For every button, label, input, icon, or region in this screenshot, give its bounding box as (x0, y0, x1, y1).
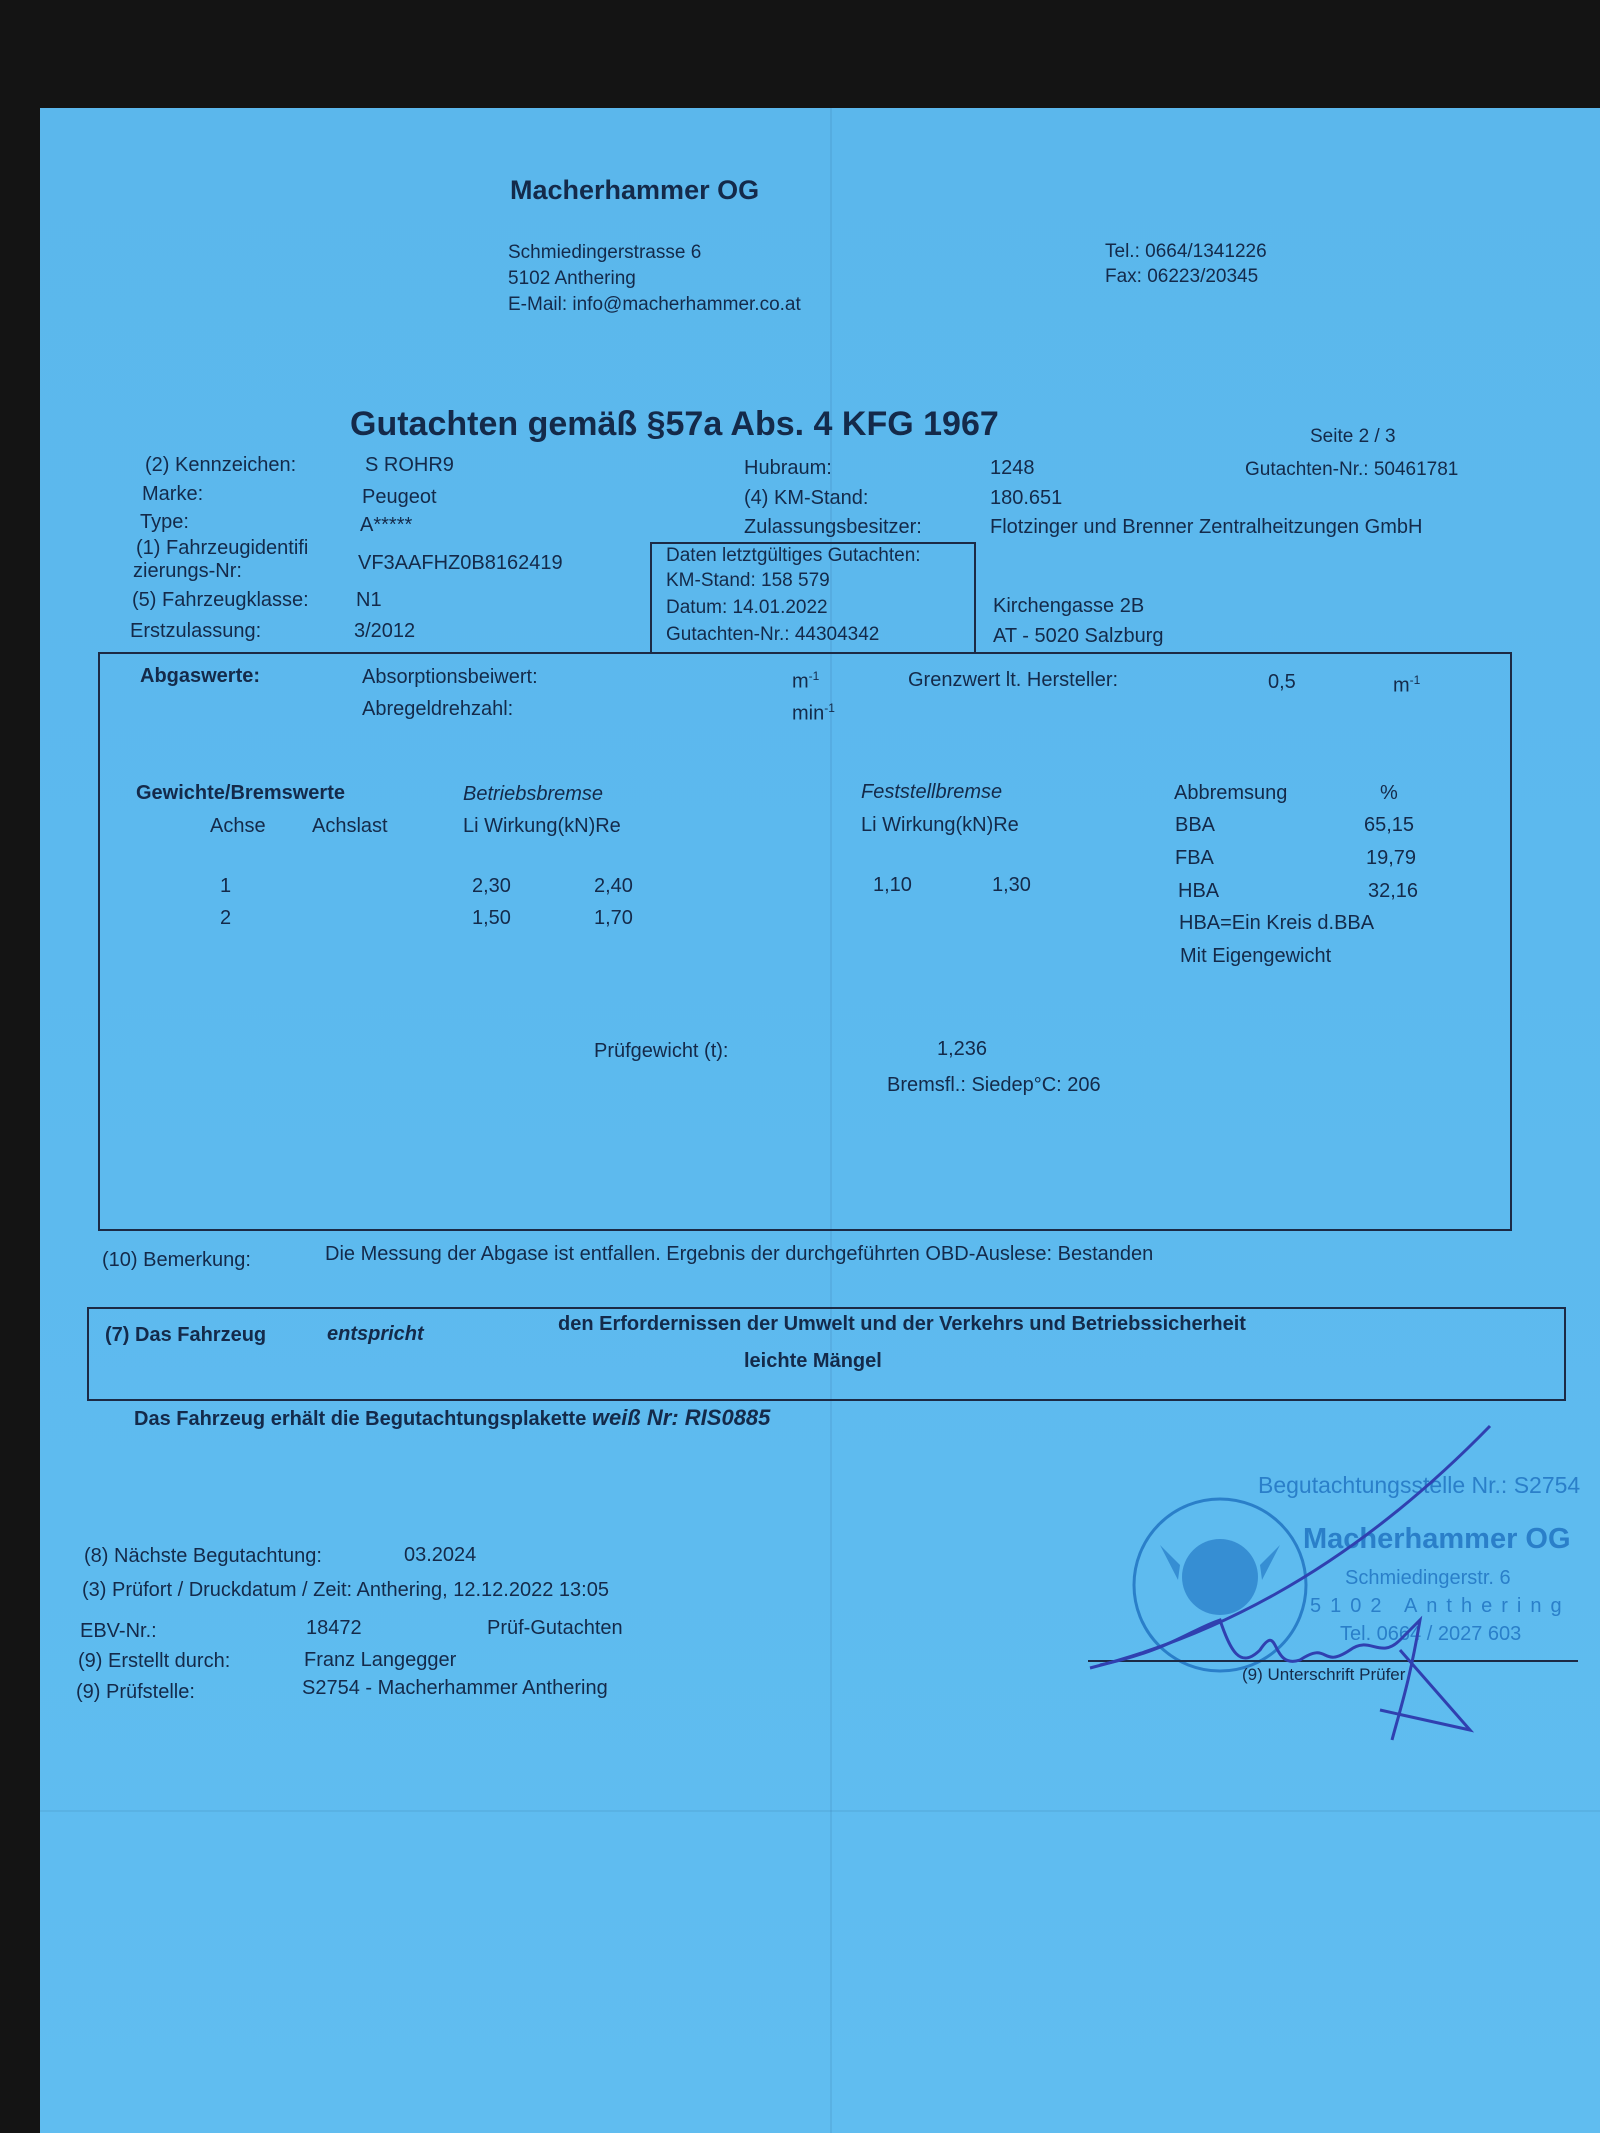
pruefstelle-value: S2754 - Macherhammer Anthering (302, 1676, 608, 1700)
row1-fest-li: 1,10 (873, 873, 912, 897)
abregel-unit: min-1 (792, 696, 835, 726)
besitzer-value: Flotzinger und Brenner Zentralheitzungen… (990, 515, 1422, 539)
signature-icon (1080, 1420, 1540, 1760)
measurement-box (98, 652, 1512, 1231)
pruefgewicht-value: 1,236 (937, 1037, 987, 1061)
bba-value: 65,15 (1364, 813, 1414, 837)
naechste-label: (8) Nächste Begutachtung: (84, 1544, 322, 1568)
grenzwert-value: 0,5 (1268, 670, 1296, 694)
row1-fest-re: 1,30 (992, 873, 1031, 897)
pruefort: (3) Prüfort / Druckdatum / Zeit: Antheri… (82, 1578, 609, 1602)
grenzwert-unit: m-1 (1393, 668, 1420, 698)
besitzer-label: Zulassungsbesitzer: (744, 515, 922, 539)
row2-betrieb-li: 1,50 (472, 906, 511, 930)
hba-note: HBA=Ein Kreis d.BBA (1179, 911, 1374, 935)
absorption-unit: m-1 (792, 664, 819, 694)
hba-value: 32,16 (1368, 879, 1418, 903)
marke-value: Peugeot (362, 485, 437, 509)
result-label: (7) Das Fahrzeug (105, 1323, 266, 1347)
marke-label: Marke: (142, 482, 203, 506)
naechste-value: 03.2024 (404, 1543, 476, 1567)
row2-betrieb-re: 1,70 (594, 906, 633, 930)
fba-value: 19,79 (1366, 846, 1416, 870)
brakes-heading: Gewichte/Bremswerte (136, 781, 345, 805)
klasse-value: N1 (356, 588, 382, 612)
result-verdict: entspricht (327, 1322, 424, 1346)
bba-label: BBA (1175, 813, 1215, 837)
betriebsbremse-heading: Betriebsbremse (463, 782, 603, 806)
page-number: Seite 2 / 3 (1310, 425, 1396, 449)
company-name: Macherhammer OG (510, 174, 759, 206)
eigengewicht-note: Mit Eigengewicht (1180, 944, 1331, 968)
ebv-type: Prüf-Gutachten (487, 1616, 623, 1640)
vin-value: VF3AAFHZ0B8162419 (358, 551, 563, 575)
type-value: A***** (360, 513, 412, 537)
row1-betrieb-li: 2,30 (472, 874, 511, 898)
previous-km: KM-Stand: 158 579 (666, 569, 830, 593)
result-text: den Erfordernissen der Umwelt und der Ve… (558, 1312, 1246, 1336)
bemerkung-text: Die Messung der Abgase ist entfallen. Er… (325, 1242, 1153, 1266)
row2-achse: 2 (220, 906, 231, 930)
km-label: (4) KM-Stand: (744, 486, 868, 510)
abgas-heading: Abgaswerte: (140, 664, 260, 688)
vin-label: (1) Fahrzeugidentifi (136, 536, 308, 560)
grenzwert-label: Grenzwert lt. Hersteller: (908, 668, 1118, 692)
page-title: Gutachten gemäß §57a Abs. 4 KFG 1967 (350, 404, 999, 444)
bemerkung-label: (10) Bemerkung: (102, 1248, 251, 1272)
betriebsbremse-subheader: Li Wirkung(kN)Re (463, 814, 621, 838)
abbremsung-heading: Abbremsung (1174, 781, 1287, 805)
km-value: 180.651 (990, 486, 1062, 510)
pruefgewicht-label: Prüfgewicht (t): (594, 1039, 728, 1063)
result-maengel: leichte Mängel (744, 1349, 882, 1373)
ebv-label: EBV-Nr.: (80, 1619, 157, 1643)
company-fax: Fax: 06223/20345 (1105, 265, 1258, 289)
company-city: 5102 Anthering (508, 267, 636, 291)
achslast-header: Achslast (312, 814, 388, 838)
previous-number: Gutachten-Nr.: 44304342 (666, 623, 879, 647)
absorption-label: Absorptionsbeiwert: (362, 665, 538, 689)
previous-date: Datum: 14.01.2022 (666, 596, 828, 620)
row1-betrieb-re: 2,40 (594, 874, 633, 898)
klasse-label: (5) Fahrzeugklasse: (132, 588, 309, 612)
kennzeichen-value: S ROHR9 (365, 453, 454, 477)
row1-achse: 1 (220, 874, 231, 898)
feststellbremse-subheader: Li Wirkung(kN)Re (861, 813, 1019, 837)
ebv-value: 18472 (306, 1616, 362, 1640)
fba-label: FBA (1175, 846, 1214, 870)
besitzer-city: AT - 5020 Salzburg (993, 624, 1163, 648)
plakette-text: Das Fahrzeug erhält die Begutachtungspla… (134, 1406, 770, 1431)
company-email: E-Mail: info@macherhammer.co.at (508, 293, 801, 317)
report-number: Gutachten-Nr.: 50461781 (1245, 458, 1458, 482)
feststellbremse-heading: Feststellbremse (861, 780, 1002, 804)
siedepunkt: Bremsfl.: Siedep°C: 206 (887, 1073, 1101, 1097)
vin-label-cont: zierungs-Nr: (133, 559, 242, 583)
company-tel: Tel.: 0664/1341226 (1105, 240, 1267, 264)
pruefstelle-label: (9) Prüfstelle: (76, 1680, 195, 1704)
kennzeichen-label: (2) Kennzeichen: (145, 453, 296, 477)
percent-header: % (1380, 781, 1398, 805)
erstzulassung-label: Erstzulassung: (130, 619, 261, 643)
hubraum-value: 1248 (990, 456, 1035, 480)
erstellt-label: (9) Erstellt durch: (78, 1649, 230, 1673)
erstzulassung-value: 3/2012 (354, 619, 415, 643)
type-label: Type: (140, 510, 189, 534)
achse-header: Achse (210, 814, 266, 838)
previous-heading: Daten letztgültiges Gutachten: (666, 544, 921, 568)
erstellt-value: Franz Langegger (304, 1648, 456, 1672)
hubraum-label: Hubraum: (744, 456, 832, 480)
paper-fold (40, 1810, 1600, 1812)
besitzer-street: Kirchengasse 2B (993, 594, 1144, 618)
hba-label: HBA (1178, 879, 1219, 903)
company-street: Schmiedingerstrasse 6 (508, 241, 701, 265)
abregel-label: Abregeldrehzahl: (362, 697, 513, 721)
